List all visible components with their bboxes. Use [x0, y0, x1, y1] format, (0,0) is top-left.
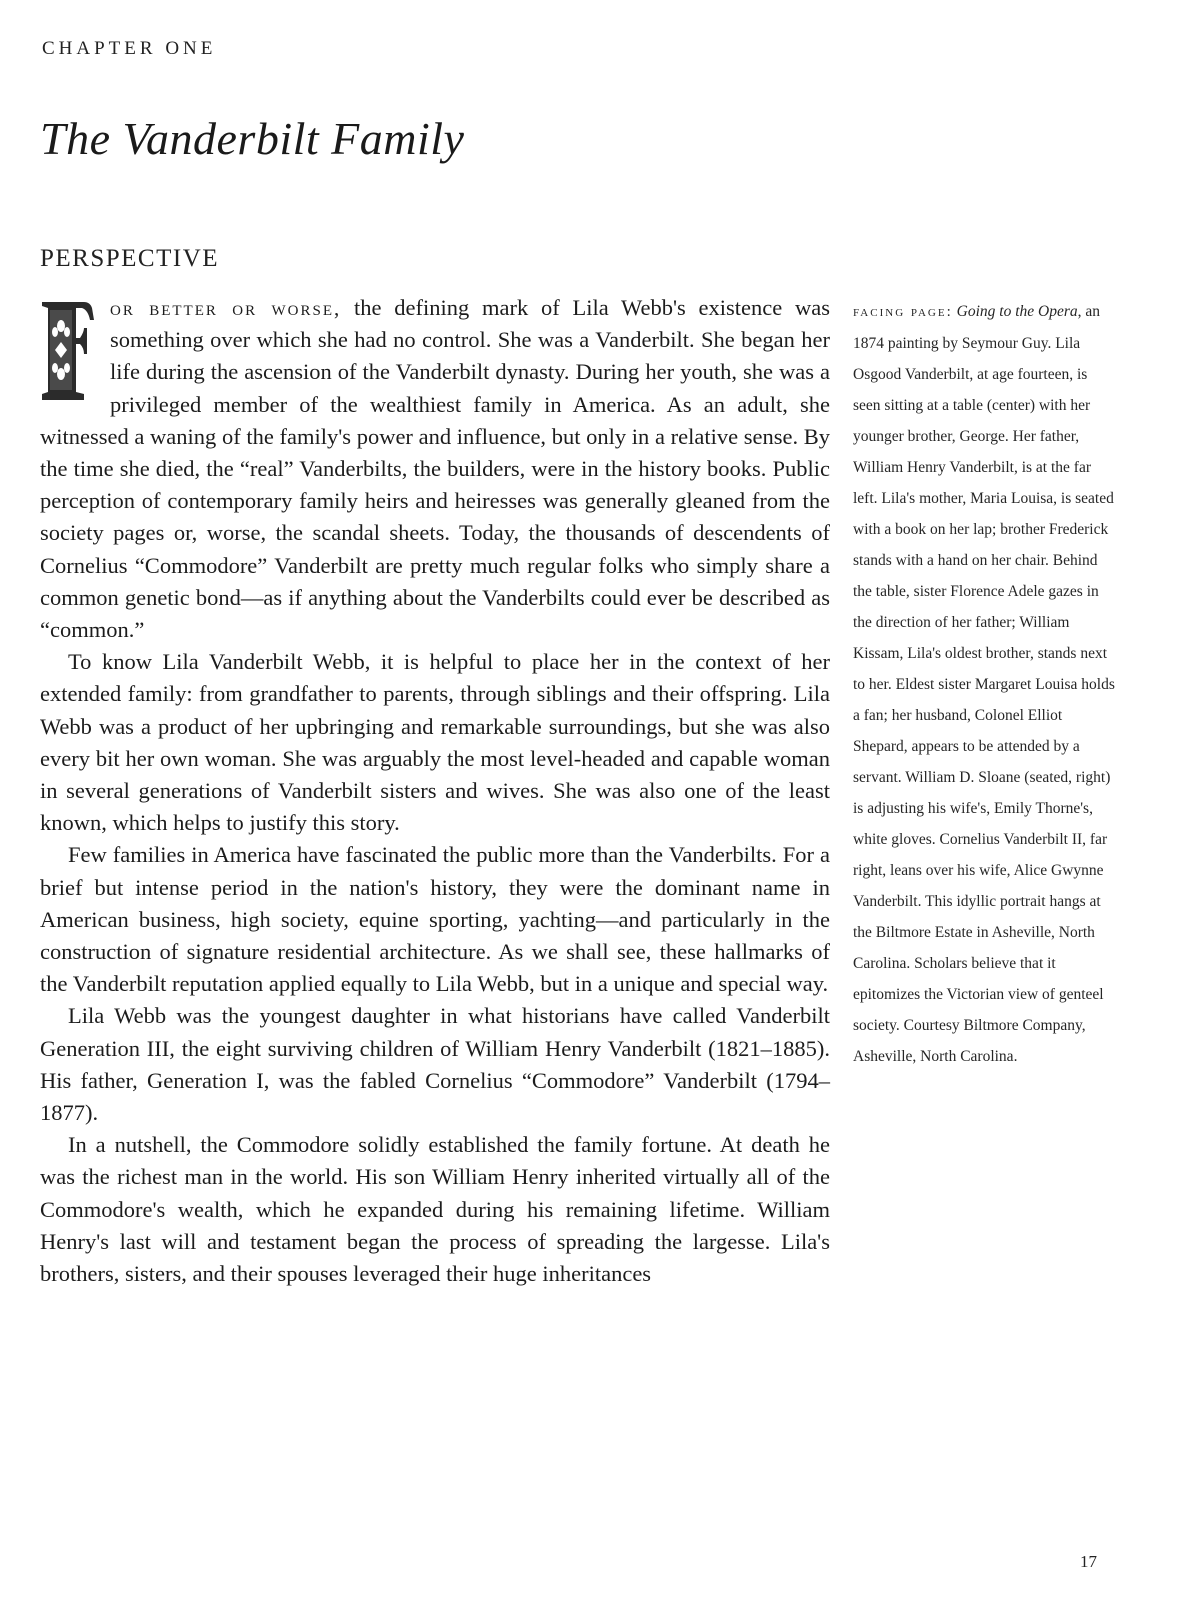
- section-heading: PERSPECTIVE: [40, 245, 219, 273]
- caption-text: , an 1874 painting by Seymour Guy. Lila …: [853, 303, 1115, 1065]
- paragraph-text: the defining mark of Lila Webb's existen…: [40, 295, 830, 642]
- chapter-title: The Vanderbilt Family: [40, 112, 464, 165]
- paragraph-5: In a nutshell, the Commodore solidly est…: [40, 1129, 830, 1290]
- sidebar-caption: facing page: Going to the Opera, an 1874…: [853, 296, 1115, 1072]
- lead-smallcaps: or better or worse,: [110, 296, 341, 320]
- paragraph-3: Few families in America have fascinated …: [40, 839, 830, 1000]
- paragraph-1: or better or worse, the defining mark of…: [40, 292, 830, 646]
- caption-lead: facing page:: [853, 304, 953, 320]
- paragraph-2: To know Lila Vanderbilt Webb, it is help…: [40, 646, 830, 839]
- chapter-label: CHAPTER ONE: [42, 38, 216, 60]
- paragraph-4: Lila Webb was the youngest daughter in w…: [40, 1000, 830, 1129]
- body-text: or better or worse, the defining mark of…: [40, 292, 830, 1290]
- caption-painting-title: Going to the Opera: [957, 303, 1078, 320]
- ornate-initial-f-icon: [40, 298, 98, 402]
- page-number: 17: [1080, 1552, 1097, 1572]
